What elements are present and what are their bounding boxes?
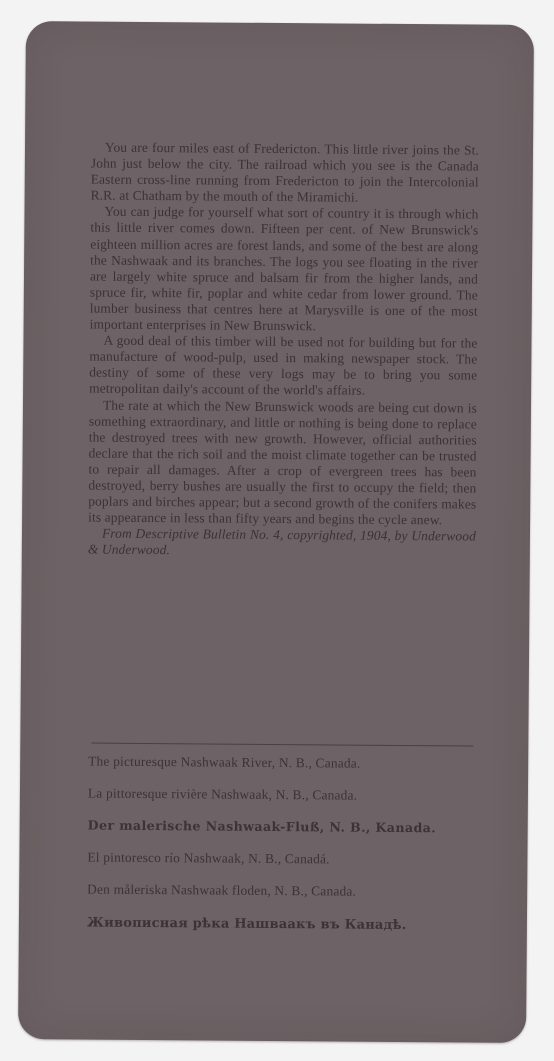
paragraph-timber: A good deal of this timber will be used … <box>89 333 477 400</box>
description-text: You are four miles east of Fredericton. … <box>88 140 479 561</box>
copyright-credit: From Descriptive Bulletin No. 4, copyrig… <box>88 526 476 561</box>
caption-swedish: Den måleriska Nashwaak floden, N. B., Ca… <box>87 882 479 917</box>
paragraph-country: You can judge for yourself what sort of … <box>90 204 479 336</box>
paragraph-location: You are four miles east of Fredericton. … <box>91 140 479 207</box>
caption-german: Der malerische Nashwaak-Fluß, N. B., Kan… <box>88 818 480 853</box>
caption-russian: Живописная рѣка Нашваакъ въ Канадѣ. <box>87 916 479 951</box>
caption-spanish: El pintoresco río Nashwaak, N. B., Canad… <box>87 850 479 885</box>
multilingual-captions: The picturesque Nashwaak River, N. B., C… <box>87 754 481 951</box>
stereoview-card-back: You are four miles east of Fredericton. … <box>18 21 534 1043</box>
paragraph-deforestation: The rate at which the New Brunswick wood… <box>88 397 477 529</box>
divider-line <box>91 743 473 747</box>
caption-english: The picturesque Nashwaak River, N. B., C… <box>88 754 480 789</box>
caption-french: La pittoresque rivière Nashwaak, N. B., … <box>88 786 480 821</box>
